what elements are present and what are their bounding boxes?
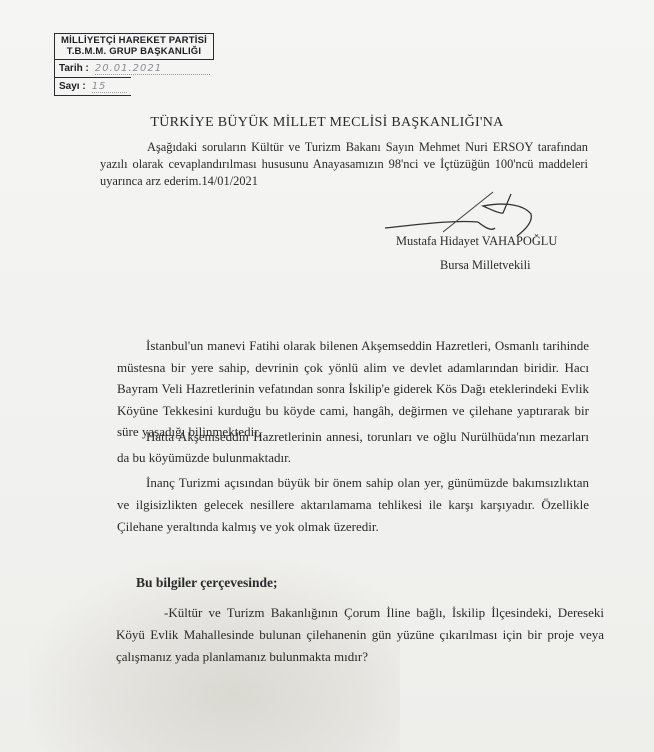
signature-icon [383, 188, 563, 238]
question-text: -Kültür ve Turizm Bakanlığının Çorum İli… [116, 605, 604, 664]
body-paragraph-3: İnanç Turizmi açısından büyük bir önem s… [117, 472, 589, 538]
stamp-date-value: 20.01.2021 [95, 63, 210, 75]
questions-heading: Bu bilgiler çerçevesinde; [136, 575, 277, 591]
paragraph-3-text: İnanç Turizmi açısından büyük bir önem s… [117, 475, 589, 534]
scanned-document-page: MİLLİYETÇİ HAREKET PARTİSİ T.B.M.M. GRUP… [0, 0, 654, 752]
intro-paragraph: Aşağıdaki soruların Kültür ve Turizm Bak… [100, 139, 588, 190]
paragraph-2-text: Hatta Akşemseddin Hazretlerinin annesi, … [117, 429, 589, 465]
signer-name: Mustafa Hidayet VAHAPOĞLU [396, 234, 557, 249]
stamp-org-line1: MİLLİYETÇİ HAREKET PARTİSİ [58, 35, 210, 46]
signer-title: Bursa Milletvekili [440, 258, 531, 273]
stamp-date-label: Tarih : [59, 63, 89, 74]
addressee-title: TÜRKİYE BÜYÜK MİLLET MECLİSİ BAŞKANLIĞI'… [0, 115, 654, 131]
stamp-number-row: Sayı : 15 [54, 77, 131, 96]
stamp-date-row: Tarih : 20.01.2021 [54, 59, 214, 77]
question-paragraph: -Kültür ve Turizm Bakanlığının Çorum İli… [116, 602, 604, 668]
party-stamp: MİLLİYETÇİ HAREKET PARTİSİ T.B.M.M. GRUP… [54, 33, 214, 96]
stamp-header: MİLLİYETÇİ HAREKET PARTİSİ T.B.M.M. GRUP… [54, 33, 214, 59]
stamp-org-line2: T.B.M.M. GRUP BAŞKANLIĞI [58, 46, 210, 57]
paragraph-1-text: İstanbul'un manevi Fatihi olarak bilenen… [117, 338, 589, 439]
stamp-number-label: Sayı : [59, 81, 86, 92]
stamp-number-value: 15 [92, 81, 127, 93]
body-paragraph-2: Hatta Akşemseddin Hazretlerinin annesi, … [117, 426, 589, 468]
intro-text: Aşağıdaki soruların Kültür ve Turizm Bak… [100, 140, 588, 188]
